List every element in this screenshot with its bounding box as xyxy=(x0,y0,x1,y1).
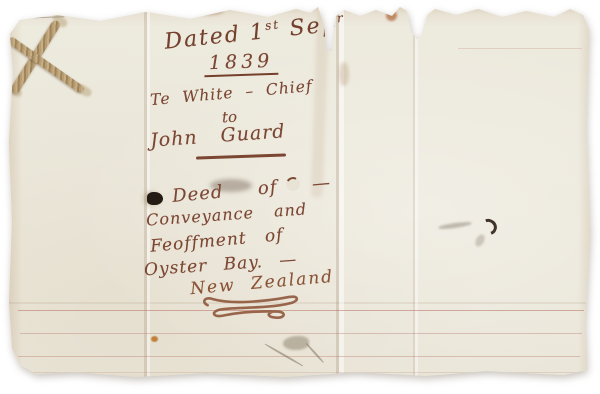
subject-line-1: Deed of — xyxy=(171,172,331,207)
tear-mark xyxy=(438,221,472,231)
subject-line-2: Conveyance and xyxy=(146,199,308,229)
dated-month-sup: r xyxy=(336,11,345,26)
grantor-line: Te White – Chief xyxy=(150,77,314,109)
stain xyxy=(194,6,224,15)
document-photo: GH3418 Dated 1st Sepr 1839 Te White – Ch… xyxy=(8,4,592,385)
crease-line xyxy=(306,343,325,363)
ruled-line xyxy=(18,356,580,357)
ink-rule xyxy=(196,153,286,159)
dated-month: Sep xyxy=(279,12,338,43)
ruled-line xyxy=(20,333,582,334)
grantee-line: John Guard xyxy=(149,120,286,151)
ruled-line xyxy=(458,48,582,49)
paper-hole xyxy=(147,192,163,205)
dated-ordinal: st xyxy=(264,17,280,32)
flourish-icon xyxy=(197,290,304,331)
tear-mark xyxy=(473,233,486,248)
dated-text: Dated 1 xyxy=(163,19,267,54)
stain-spot xyxy=(151,336,158,342)
ruled-line xyxy=(22,372,582,373)
document-paper: GH3418 Dated 1st Sepr 1839 Te White – Ch… xyxy=(8,4,592,385)
stain xyxy=(339,62,349,86)
rust-stain xyxy=(386,10,397,21)
year: 1839 xyxy=(204,50,279,78)
catalog-number: GH3418 xyxy=(20,4,64,19)
